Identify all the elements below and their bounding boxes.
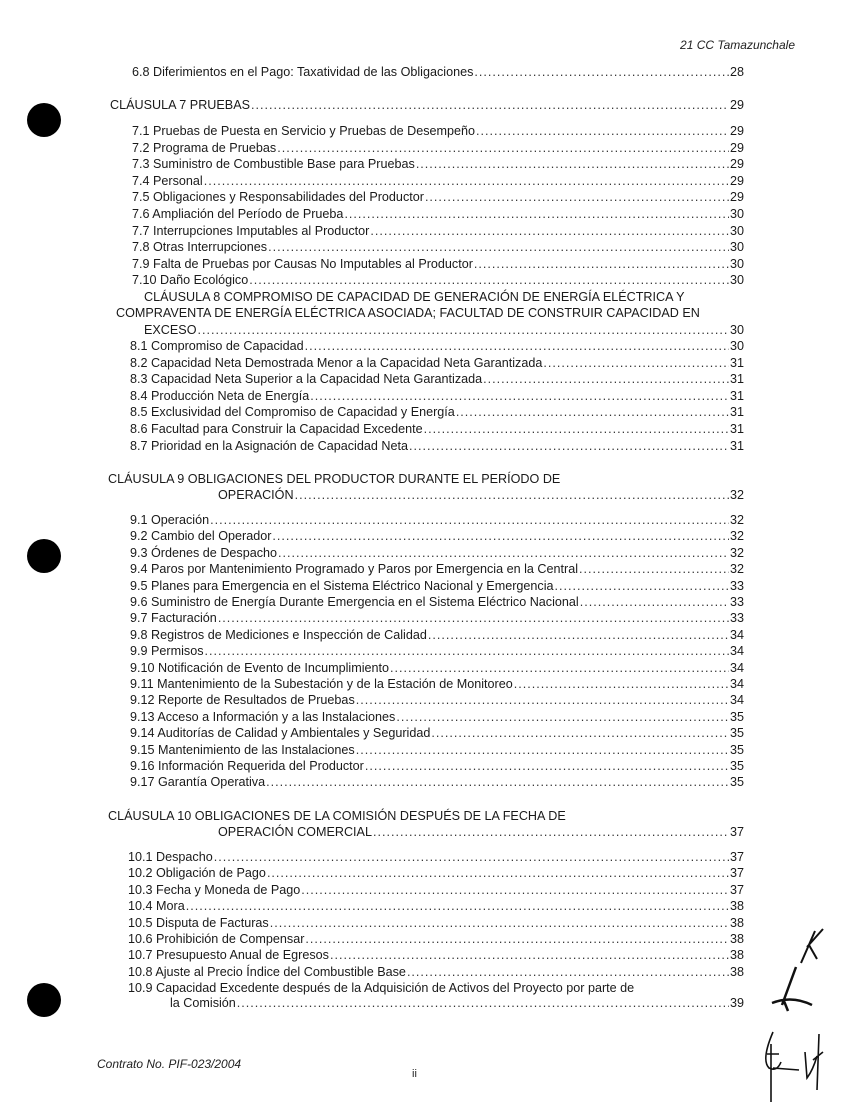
toc-entry[interactable]: 7.3 Suministro de Combustible Base para … xyxy=(132,156,744,172)
toc-entry-page: 38 xyxy=(730,931,744,947)
toc-entry-page: 32 xyxy=(730,561,744,577)
toc-clause-8[interactable]: EXCESO30 xyxy=(144,322,744,338)
toc-leader-dots xyxy=(428,627,729,643)
toc-leader-dots xyxy=(344,206,729,222)
toc-entry[interactable]: 9.15 Mantenimiento de las Instalaciones3… xyxy=(130,742,744,758)
toc-leader-dots xyxy=(301,882,729,898)
toc-entry-label: 7.5 Obligaciones y Responsabilidades del… xyxy=(132,189,424,205)
toc-leader-dots xyxy=(270,915,729,931)
toc-entry[interactable]: 9.17 Garantía Operativa35 xyxy=(130,774,744,790)
toc-entry[interactable]: 9.14 Auditorías de Calidad y Ambientales… xyxy=(130,725,744,741)
toc-entry-label: 6.8 Diferimientos en el Pago: Taxativida… xyxy=(132,64,473,80)
toc-entry[interactable]: 9.3 Órdenes de Despacho32 xyxy=(130,545,744,561)
toc-clause-8-title-line1: CLÁUSULA 8 COMPROMISO DE CAPACIDAD DE GE… xyxy=(144,289,685,305)
toc-entry-label: 8.4 Producción Neta de Energía xyxy=(130,388,309,404)
toc-entry[interactable]: 9.1 Operación32 xyxy=(130,512,744,528)
toc-entry-page: 37 xyxy=(730,865,744,881)
toc-entry-label: 10.8 Ajuste al Precio Índice del Combust… xyxy=(128,964,406,980)
toc-entry[interactable]: 9.11 Mantenimiento de la Subestación y d… xyxy=(130,676,744,692)
toc-entry-page: 32 xyxy=(730,512,744,528)
toc-entry[interactable]: 8.5 Exclusividad del Compromiso de Capac… xyxy=(130,404,744,420)
toc-entry-page: 35 xyxy=(730,758,744,774)
toc-leader-dots xyxy=(249,272,729,288)
toc-entry-page: 30 xyxy=(730,338,744,354)
toc-entry-label: 9.5 Planes para Emergencia en el Sistema… xyxy=(130,578,554,594)
toc-entry[interactable]: 9.2 Cambio del Operador32 xyxy=(130,528,744,544)
toc-entry-label: 9.12 Reporte de Resultados de Pruebas xyxy=(130,692,355,708)
toc-leader-dots xyxy=(555,578,729,594)
toc-entry[interactable]: 10.1 Despacho37 xyxy=(128,849,744,865)
toc-entry-label: 8.2 Capacidad Neta Demostrada Menor a la… xyxy=(130,355,542,371)
toc-entry-label: 9.4 Paros por Mantenimiento Programado y… xyxy=(130,561,578,577)
toc-leader-dots xyxy=(514,676,729,692)
toc-entry[interactable]: 7.10 Daño Ecológico30 xyxy=(132,272,744,288)
toc-leader-dots xyxy=(390,660,729,676)
toc-leader-dots xyxy=(267,865,729,881)
toc-entry[interactable]: 10.8 Ajuste al Precio Índice del Combust… xyxy=(128,964,744,980)
toc-entry-label: 7.3 Suministro de Combustible Base para … xyxy=(132,156,415,172)
toc-entry[interactable]: 8.4 Producción Neta de Energía31 xyxy=(130,388,744,404)
toc-entry-6-8[interactable]: 6.8 Diferimientos en el Pago: Taxativida… xyxy=(132,64,744,80)
toc-entry-page: 34 xyxy=(730,692,744,708)
toc-leader-dots xyxy=(476,123,729,139)
toc-entry-page: 38 xyxy=(730,947,744,963)
toc-entry-label: 10.5 Disputa de Facturas xyxy=(128,915,269,931)
toc-leader-dots xyxy=(424,421,729,437)
toc-entry-page: 35 xyxy=(730,725,744,741)
toc-leader-dots xyxy=(295,487,729,503)
toc-entry-page: 29 xyxy=(730,140,744,156)
toc-entry[interactable]: 8.7 Prioridad en la Asignación de Capaci… xyxy=(130,438,744,454)
toc-leader-dots xyxy=(425,189,729,205)
toc-leader-dots xyxy=(370,223,729,239)
toc-entry[interactable]: 9.10 Notificación de Evento de Incumplim… xyxy=(130,660,744,676)
toc-entry-label: 7.4 Personal xyxy=(132,173,203,189)
toc-entry-label: 9.3 Órdenes de Despacho xyxy=(130,545,277,561)
toc-entry[interactable]: 9.9 Permisos34 xyxy=(130,643,744,659)
toc-leader-dots xyxy=(474,256,729,272)
toc-entry-label: 10.3 Fecha y Moneda de Pago xyxy=(128,882,300,898)
toc-entry[interactable]: 7.5 Obligaciones y Responsabilidades del… xyxy=(132,189,744,205)
toc-entry-page: 32 xyxy=(730,545,744,561)
toc-entry-label: 7.6 Ampliación del Período de Prueba xyxy=(132,206,343,222)
toc-entry-page: 29 xyxy=(730,156,744,172)
toc-entry-page: 32 xyxy=(730,487,744,503)
initials-signature-1 xyxy=(795,925,835,965)
toc-entry-label: 10.1 Despacho xyxy=(128,849,213,865)
toc-entry-page: 38 xyxy=(730,898,744,914)
toc-clause-10[interactable]: OPERACIÓN COMERCIAL37 xyxy=(218,824,744,840)
toc-entry-10-9-line1: 10.9 Capacidad Excedente después de la A… xyxy=(128,980,634,996)
toc-entry[interactable]: 9.7 Facturación33 xyxy=(130,610,744,626)
toc-leader-dots xyxy=(272,528,729,544)
toc-entry-label: 9.10 Notificación de Evento de Incumplim… xyxy=(130,660,389,676)
toc-entry-page: 31 xyxy=(730,355,744,371)
toc-entry-page: 33 xyxy=(730,610,744,626)
toc-entry-label: 9.14 Auditorías de Calidad y Ambientales… xyxy=(130,725,430,741)
toc-entry-label: 9.17 Garantía Operativa xyxy=(130,774,265,790)
toc-entry[interactable]: 9.5 Planes para Emergencia en el Sistema… xyxy=(130,578,744,594)
toc-leader-dots xyxy=(365,758,729,774)
toc-entry-page: 31 xyxy=(730,404,744,420)
punch-hole-middle xyxy=(27,539,61,573)
initials-signature-2 xyxy=(770,965,820,1015)
header-project-name: 21 CC Tamazunchale xyxy=(680,38,795,52)
toc-entry-label: 9.16 Información Requerida del Productor xyxy=(130,758,364,774)
toc-leader-dots xyxy=(198,322,729,338)
toc-entry[interactable]: 7.7 Interrupciones Imputables al Product… xyxy=(132,223,744,239)
toc-entry-label: 8.5 Exclusividad del Compromiso de Capac… xyxy=(130,404,455,420)
toc-clause-8-title-line2: COMPRAVENTA DE ENERGÍA ELÉCTRICA ASOCIAD… xyxy=(116,305,700,321)
toc-entry-page: 31 xyxy=(730,371,744,387)
toc-entry-label: 9.9 Permisos xyxy=(130,643,204,659)
toc-entry-label: 10.2 Obligación de Pago xyxy=(128,865,266,881)
toc-leader-dots xyxy=(204,173,729,189)
toc-leader-dots xyxy=(214,849,729,865)
toc-entry[interactable]: 7.9 Falta de Pruebas por Causas No Imput… xyxy=(132,256,744,272)
toc-entry[interactable]: 9.12 Reporte de Resultados de Pruebas34 xyxy=(130,692,744,708)
toc-entry-label: 7.10 Daño Ecológico xyxy=(132,272,248,288)
toc-entry-page: 34 xyxy=(730,676,744,692)
toc-entry-page: 35 xyxy=(730,742,744,758)
toc-clause-10-title-line1: CLÁUSULA 10 OBLIGACIONES DE LA COMISIÓN … xyxy=(108,808,566,824)
toc-entry[interactable]: 8.2 Capacidad Neta Demostrada Menor a la… xyxy=(130,355,744,371)
toc-entry[interactable]: 7.2 Programa de Pruebas29 xyxy=(132,140,744,156)
toc-entry-page: 38 xyxy=(730,964,744,980)
initials-signature-3 xyxy=(755,1030,835,1105)
toc-entry[interactable]: 10.3 Fecha y Moneda de Pago37 xyxy=(128,882,744,898)
toc-entry-page: 38 xyxy=(730,915,744,931)
toc-entry-page: 30 xyxy=(730,256,744,272)
toc-entry-page: 37 xyxy=(730,849,744,865)
toc-entry-label: 8.3 Capacidad Neta Superior a la Capacid… xyxy=(130,371,482,387)
toc-leader-dots xyxy=(205,643,729,659)
toc-entry[interactable]: 7.4 Personal29 xyxy=(132,173,744,189)
toc-leader-dots xyxy=(407,964,729,980)
toc-entry-label: 7.7 Interrupciones Imputables al Product… xyxy=(132,223,369,239)
toc-leader-dots xyxy=(474,64,729,80)
toc-leader-dots xyxy=(356,742,729,758)
toc-entry-page: 39 xyxy=(730,995,744,1011)
toc-entry[interactable]: 7.8 Otras Interrupciones30 xyxy=(132,239,744,255)
toc-leader-dots xyxy=(579,561,729,577)
toc-entry-label: 9.8 Registros de Mediciones e Inspección… xyxy=(130,627,427,643)
toc-entry-label: 10.7 Presupuesto Anual de Egresos xyxy=(128,947,329,963)
toc-leader-dots xyxy=(305,338,729,354)
toc-entry-page: 30 xyxy=(730,322,744,338)
toc-entry-page: 31 xyxy=(730,388,744,404)
toc-entry[interactable]: 10.2 Obligación de Pago37 xyxy=(128,865,744,881)
toc-entry-label: 9.2 Cambio del Operador xyxy=(130,528,271,544)
toc-entry-label: EXCESO xyxy=(144,322,197,338)
toc-entry[interactable]: 10.7 Presupuesto Anual de Egresos38 xyxy=(128,947,744,963)
toc-entry-label: 7.9 Falta de Pruebas por Causas No Imput… xyxy=(132,256,473,272)
toc-entry-page: 34 xyxy=(730,660,744,676)
toc-entry[interactable]: 8.1 Compromiso de Capacidad30 xyxy=(130,338,744,354)
toc-leader-dots xyxy=(543,355,729,371)
toc-leader-dots xyxy=(268,239,729,255)
toc-leader-dots xyxy=(409,438,729,454)
toc-leader-dots xyxy=(580,594,729,610)
toc-entry-label: 7.8 Otras Interrupciones xyxy=(132,239,267,255)
toc-leader-dots xyxy=(310,388,729,404)
toc-entry-page: 33 xyxy=(730,578,744,594)
toc-entry[interactable]: 9.16 Información Requerida del Productor… xyxy=(130,758,744,774)
toc-entry-page: 30 xyxy=(730,206,744,222)
toc-leader-dots xyxy=(278,545,729,561)
toc-entry-label: 8.7 Prioridad en la Asignación de Capaci… xyxy=(130,438,408,454)
toc-entry-page: 31 xyxy=(730,421,744,437)
toc-entry-page: 33 xyxy=(730,594,744,610)
toc-entry-page: 34 xyxy=(730,627,744,643)
toc-leader-dots xyxy=(373,824,729,840)
toc-entry-page: 30 xyxy=(730,239,744,255)
toc-entry[interactable]: 9.6 Suministro de Energía Durante Emerge… xyxy=(130,594,744,610)
toc-entry-page: 31 xyxy=(730,438,744,454)
toc-leader-dots xyxy=(483,371,729,387)
toc-entry[interactable]: 10.4 Mora38 xyxy=(128,898,744,914)
toc-leader-dots xyxy=(237,995,729,1011)
punch-hole-top xyxy=(27,103,61,137)
toc-entry-label: 7.1 Pruebas de Puesta en Servicio y Prue… xyxy=(132,123,475,139)
toc-entry-page: 35 xyxy=(730,709,744,725)
toc-leader-dots xyxy=(305,931,729,947)
footer-page-number: ii xyxy=(412,1068,417,1080)
toc-entry-page: 29 xyxy=(730,97,744,113)
toc-entry-label: la Comisión xyxy=(170,995,236,1011)
toc-entry-label: 8.1 Compromiso de Capacidad xyxy=(130,338,304,354)
footer-contract-number: Contrato No. PIF-023/2004 xyxy=(97,1057,241,1071)
toc-entry-label: 10.6 Prohibición de Compensar xyxy=(128,931,304,947)
toc-entry-label: 7.2 Programa de Pruebas xyxy=(132,140,276,156)
toc-entry-page: 37 xyxy=(730,882,744,898)
toc-leader-dots xyxy=(218,610,729,626)
toc-leader-dots xyxy=(186,898,729,914)
toc-leader-dots xyxy=(431,725,729,741)
toc-entry[interactable]: 10.6 Prohibición de Compensar38 xyxy=(128,931,744,947)
toc-entry-page: 32 xyxy=(730,528,744,544)
toc-entry-label: 9.7 Facturación xyxy=(130,610,217,626)
toc-leader-dots xyxy=(356,692,729,708)
toc-entry[interactable]: 7.6 Ampliación del Período de Prueba30 xyxy=(132,206,744,222)
toc-entry-label: 8.6 Facultad para Construir la Capacidad… xyxy=(130,421,423,437)
toc-leader-dots xyxy=(277,140,729,156)
toc-entry-label: 9.15 Mantenimiento de las Instalaciones xyxy=(130,742,355,758)
document-page: 21 CC Tamazunchale 6.8 Diferimientos en … xyxy=(0,0,851,1110)
toc-entry-label: 9.13 Acceso a Información y a las Instal… xyxy=(130,709,395,725)
toc-entry-10-9[interactable]: la Comisión39 xyxy=(170,995,744,1011)
toc-entry[interactable]: 9.8 Registros de Mediciones e Inspección… xyxy=(130,627,744,643)
toc-entry-label: CLÁUSULA 7 PRUEBAS xyxy=(110,97,250,113)
toc-entry-label: OPERACIÓN xyxy=(218,487,294,503)
toc-entry[interactable]: 8.6 Facultad para Construir la Capacidad… xyxy=(130,421,744,437)
toc-entry[interactable]: 10.5 Disputa de Facturas38 xyxy=(128,915,744,931)
punch-hole-bottom xyxy=(27,983,61,1017)
toc-entry-label: 9.11 Mantenimiento de la Subestación y d… xyxy=(130,676,513,692)
toc-leader-dots xyxy=(456,404,729,420)
toc-entry-page: 34 xyxy=(730,643,744,659)
toc-entry-page: 35 xyxy=(730,774,744,790)
toc-clause-7[interactable]: CLÁUSULA 7 PRUEBAS29 xyxy=(110,97,744,113)
toc-entry[interactable]: 8.3 Capacidad Neta Superior a la Capacid… xyxy=(130,371,744,387)
toc-entry-page: 28 xyxy=(730,64,744,80)
toc-entry[interactable]: 9.4 Paros por Mantenimiento Programado y… xyxy=(130,561,744,577)
toc-leader-dots xyxy=(266,774,729,790)
toc-entry-label: 10.4 Mora xyxy=(128,898,185,914)
toc-leader-dots xyxy=(396,709,729,725)
toc-leader-dots xyxy=(251,97,729,113)
toc-entry[interactable]: 9.13 Acceso a Información y a las Instal… xyxy=(130,709,744,725)
toc-entry-page: 37 xyxy=(730,824,744,840)
toc-entry-page: 29 xyxy=(730,173,744,189)
toc-leader-dots xyxy=(330,947,729,963)
toc-leader-dots xyxy=(210,512,729,528)
toc-clause-9-title-line1: CLÁUSULA 9 OBLIGACIONES DEL PRODUCTOR DU… xyxy=(108,471,560,487)
toc-entry[interactable]: 7.1 Pruebas de Puesta en Servicio y Prue… xyxy=(132,123,744,139)
toc-entry-label: 9.1 Operación xyxy=(130,512,209,528)
toc-entry-label: 9.6 Suministro de Energía Durante Emerge… xyxy=(130,594,579,610)
toc-clause-9[interactable]: OPERACIÓN32 xyxy=(218,487,744,503)
toc-entry-page: 29 xyxy=(730,123,744,139)
toc-entry-page: 29 xyxy=(730,189,744,205)
toc-leader-dots xyxy=(416,156,729,172)
toc-entry-page: 30 xyxy=(730,223,744,239)
toc-entry-page: 30 xyxy=(730,272,744,288)
toc-entry-label: OPERACIÓN COMERCIAL xyxy=(218,824,372,840)
